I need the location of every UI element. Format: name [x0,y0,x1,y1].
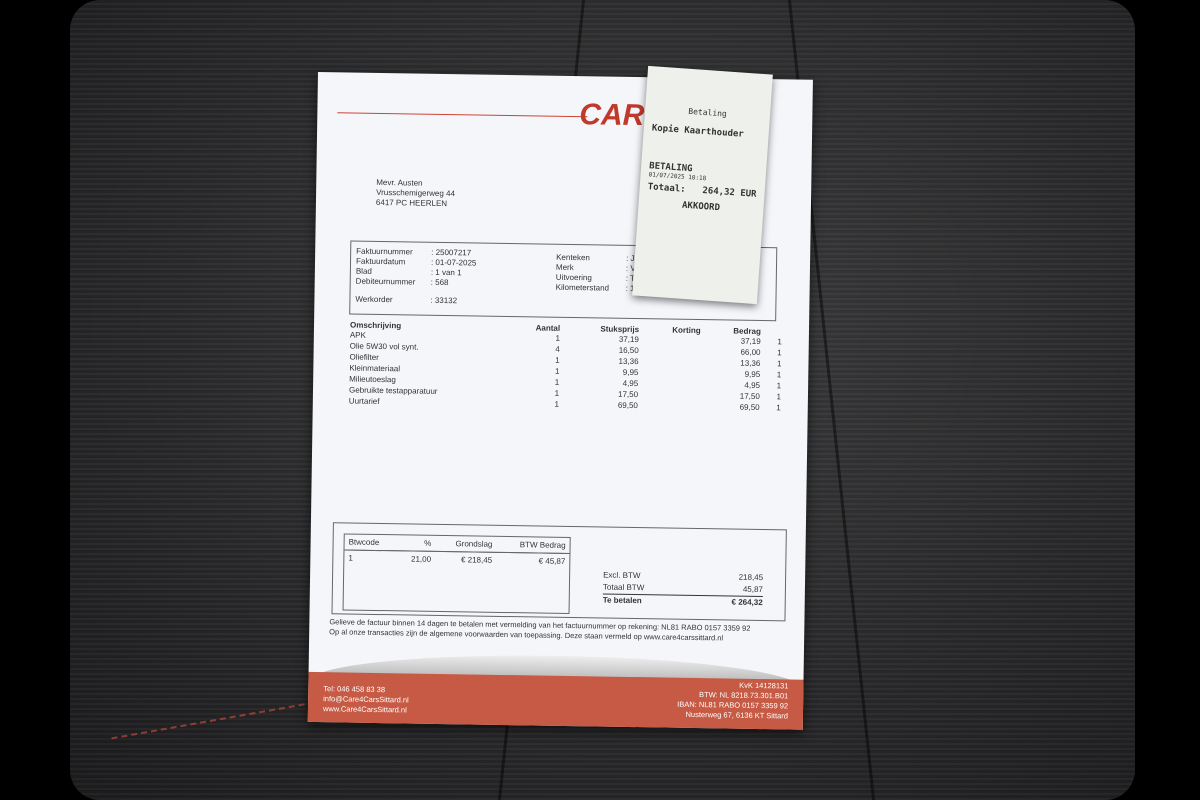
invoice-footer: Tel: 046 458 83 38 info@Care4CarsSittard… [308,672,804,730]
seat-stitching [111,703,308,740]
column-header [765,327,786,336]
receipt-header: Betaling [653,104,762,121]
company-logo: CAR [579,98,645,133]
info-left: Faktuurnummer: 25007217 Faktuurdatum: 01… [355,247,556,308]
payment-receipt: Betaling Kopie Kaarthouder BETALING 01/0… [632,66,773,304]
footer-company-info: KvK 14128131 BTW: NL 8218.73.301.B01 IBA… [677,680,789,722]
payment-note: Gelieve de factuur binnen 14 dagen te be… [329,617,750,644]
sum-total: Te betalen€ 264,32 [603,594,763,610]
totals-summary: Excl. BTW218,45 Totaal BTW45,87 Te betal… [603,570,764,610]
vat-table: Btwcode%GrondslagBTW Bedrag121,00€ 218,4… [343,533,571,614]
header-line [337,112,587,117]
totals-box: Btwcode%GrondslagBTW Bedrag121,00€ 218,4… [331,522,786,621]
receipt-total: Totaal:264,32 EUR [647,182,756,200]
footer-contact: Tel: 046 458 83 38 info@Care4CarsSittard… [323,684,409,715]
customer-address: Mevr. Austen Vrusschemigerweg 44 6417 PC… [376,178,455,209]
invoice-lines: OmschrijvingAantalStuksprijsKortingBedra… [345,320,786,413]
receipt-title: Kopie Kaarthouder [651,123,760,141]
receipt-result: AKKOORD [646,198,755,216]
